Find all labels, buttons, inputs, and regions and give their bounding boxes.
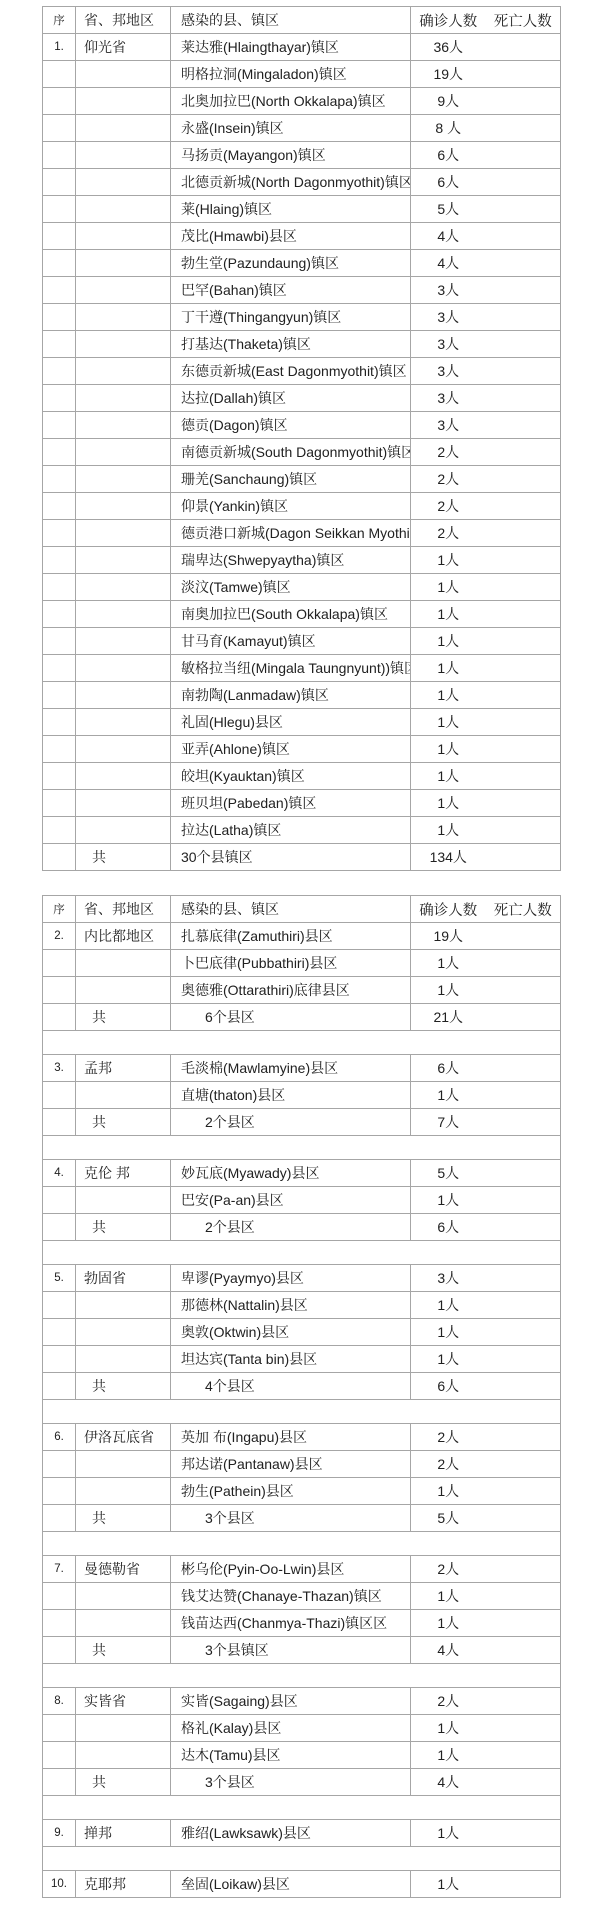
seq-cell: 4. [43,1160,76,1187]
region-cell [76,547,171,574]
seq-cell [43,950,76,977]
separator-row [43,1796,561,1820]
seq-cell: 6. [43,1424,76,1451]
table-row: 拉达(Latha)镇区1人 [43,817,561,844]
township-cell: 彬乌伦(Pyin-Oo-Lwin)县区 [171,1556,411,1583]
table-row: 钱苗达西(Chanmya-Thazi)镇区区1人 [43,1610,561,1637]
seq-cell [43,412,76,439]
numbers-cell: 6人 [411,142,561,169]
confirmed-value: 3人 [411,307,486,327]
township-cell: 仰景(Yankin)镇区 [171,493,411,520]
numbers-cell: 2人 [411,1451,561,1478]
region-cell [76,601,171,628]
seq-cell [43,1214,76,1241]
region-cell: 克伦 邦 [76,1160,171,1187]
confirmed-value: 1人 [411,1586,486,1606]
township-cell: 直塘(thaton)县区 [171,1082,411,1109]
seq-cell [43,1187,76,1214]
numbers-cell: 6人 [411,1373,561,1400]
total-row: 共3个县区5人 [43,1505,561,1532]
region-cell: 伊洛瓦底省 [76,1424,171,1451]
table-row: 亚弄(Ahlone)镇区1人 [43,736,561,763]
separator-cell [43,1031,561,1055]
township-cell: 南勃陶(Lanmadaw)镇区 [171,682,411,709]
seq-cell [43,250,76,277]
township-cell: 甘马育(Kamayut)镇区 [171,628,411,655]
region-cell: 内比都地区 [76,923,171,950]
table-row: 打基达(Thaketa)镇区3人 [43,331,561,358]
numbers-cell: 5人 [411,1160,561,1187]
township-cell: 卜巴底律(Pubbathiri)县区 [171,950,411,977]
numbers-cell: 3人 [411,1265,561,1292]
seq-cell [43,493,76,520]
numbers-cell: 1人 [411,1742,561,1769]
table-row: 那德林(Nattalin)县区1人 [43,1292,561,1319]
region-cell [76,277,171,304]
numbers-cell: 3人 [411,385,561,412]
numbers-cell: 1人 [411,1292,561,1319]
township-cell: 实皆(Sagaing)县区 [171,1688,411,1715]
seq-cell: 10. [43,1871,76,1898]
township-cell: 卑谬(Pyaymyo)县区 [171,1265,411,1292]
numbers-cell: 5人 [411,196,561,223]
region-cell [76,628,171,655]
township-cell: 敏格拉当纽(Mingala Taungnyunt))镇区 [171,655,411,682]
township-cell: 勃生堂(Pazundaung)镇区 [171,250,411,277]
region-cell [76,1715,171,1742]
region-cell [76,466,171,493]
confirmed-value: 4人 [411,253,486,273]
region-cell [76,1292,171,1319]
total-row: 共30个县镇区134人 [43,844,561,871]
region-cell: 曼德勒省 [76,1556,171,1583]
township-cell: 礼固(Hlegu)县区 [171,709,411,736]
table-row: 永盛(Insein)镇区8 人 [43,115,561,142]
total-label: 共 [76,1505,171,1532]
seq-cell [43,1742,76,1769]
numbers-cell: 6人 [411,1214,561,1241]
table-row: 4.克伦 邦妙瓦底(Myawady)县区5人 [43,1160,561,1187]
confirmed-value: 1人 [411,1295,486,1315]
confirmed-value: 3人 [411,334,486,354]
table-row: 奥德雅(Ottarathiri)底律县区1人 [43,977,561,1004]
numbers-cell: 2人 [411,520,561,547]
header-confirmed: 确诊人数 [411,899,486,920]
table-gap [0,871,600,895]
confirmed-value: 2人 [411,442,486,462]
confirmed-value: 4人 [411,226,486,246]
numbers-cell: 4人 [411,1637,561,1664]
confirmed-total: 134人 [411,847,486,867]
numbers-cell: 1人 [411,1871,561,1898]
total-label: 共 [76,1214,171,1241]
confirmed-total: 5人 [411,1508,486,1528]
numbers-cell: 21人 [411,1004,561,1031]
numbers-cell: 4人 [411,223,561,250]
separator-row [43,1847,561,1871]
seq-cell [43,844,76,871]
table-row: 瑞卑达(Shwepyaytha)镇区1人 [43,547,561,574]
table-row: 坦达宾(Tanta bin)县区1人 [43,1346,561,1373]
separator-cell [43,1532,561,1556]
region-cell [76,950,171,977]
numbers-cell: 1人 [411,1715,561,1742]
numbers-cell: 3人 [411,304,561,331]
seq-cell [43,385,76,412]
separator-row [43,1664,561,1688]
numbers-cell: 1人 [411,1187,561,1214]
confirmed-value: 3人 [411,415,486,435]
header-numbers: 确诊人数死亡人数 [411,7,561,34]
region-table-2: 序省、邦地区感染的县、镇区确诊人数死亡人数2.内比都地区扎慕底律(Zamuthi… [42,895,561,1898]
confirmed-value: 19人 [411,64,486,84]
township-cell: 拉达(Latha)镇区 [171,817,411,844]
table-row: 10.克耶邦垒固(Loikaw)县区1人 [43,1871,561,1898]
township-cell: 明格拉洞(Mingaladon)镇区 [171,61,411,88]
seq-cell [43,1082,76,1109]
seq-cell [43,277,76,304]
region-cell [76,439,171,466]
township-cell: 丁干遵(Thingangyun)镇区 [171,304,411,331]
region-cell [76,358,171,385]
header-township: 感染的县、镇区 [171,896,411,923]
seq-cell: 5. [43,1265,76,1292]
confirmed-value: 1人 [411,604,486,624]
table-row: 勃生(Pathein)县区1人 [43,1478,561,1505]
seq-cell [43,1004,76,1031]
total-label: 共 [76,1637,171,1664]
region-cell: 勃固省 [76,1265,171,1292]
region-cell [76,250,171,277]
numbers-cell: 1人 [411,1319,561,1346]
numbers-cell: 3人 [411,358,561,385]
numbers-cell: 1人 [411,601,561,628]
confirmed-total: 6人 [411,1217,486,1237]
region-cell [76,61,171,88]
table-row: 南奥加拉巴(South Okkalapa)镇区1人 [43,601,561,628]
confirmed-value: 1人 [411,1874,486,1894]
numbers-cell: 1人 [411,574,561,601]
table-row: 德贡(Dagon)镇区3人 [43,412,561,439]
total-township: 2个县区 [171,1109,411,1136]
confirmed-value: 1人 [411,1085,486,1105]
table-row: 莱(Hlaing)镇区5人 [43,196,561,223]
total-row: 共3个县区4人 [43,1769,561,1796]
township-cell: 德贡(Dagon)镇区 [171,412,411,439]
table-row: 5.勃固省卑谬(Pyaymyo)县区3人 [43,1265,561,1292]
total-township: 6个县区 [171,1004,411,1031]
confirmed-value: 2人 [411,1454,486,1474]
numbers-cell: 1人 [411,1820,561,1847]
confirmed-value: 1人 [411,1718,486,1738]
confirmed-value: 19人 [411,926,486,946]
seq-cell [43,1319,76,1346]
confirmed-value: 1人 [411,712,486,732]
confirmed-value: 9人 [411,91,486,111]
seq-cell [43,1346,76,1373]
confirmed-total: 4人 [411,1772,486,1792]
confirmed-value: 1人 [411,766,486,786]
table-row: 北奥加拉巴(North Okkalapa)镇区9人 [43,88,561,115]
table-row: 卜巴底律(Pubbathiri)县区1人 [43,950,561,977]
header-row: 序省、邦地区感染的县、镇区确诊人数死亡人数 [43,896,561,923]
header-row: 序省、邦地区感染的县、镇区确诊人数死亡人数 [43,7,561,34]
township-cell: 德贡港口新城(Dagon Seikkan Myothit)镇区 [171,520,411,547]
township-cell: 妙瓦底(Myawady)县区 [171,1160,411,1187]
confirmed-value: 1人 [411,631,486,651]
region-cell [76,196,171,223]
numbers-cell: 36人 [411,34,561,61]
table-row: 珊羌(Sanchaung)镇区2人 [43,466,561,493]
township-cell: 打基达(Thaketa)镇区 [171,331,411,358]
seq-cell [43,790,76,817]
confirmed-value: 2人 [411,523,486,543]
region-cell [76,88,171,115]
region-cell [76,142,171,169]
seq-cell: 3. [43,1055,76,1082]
confirmed-value: 1人 [411,1613,486,1633]
numbers-cell: 1人 [411,763,561,790]
township-cell: 班贝坦(Pabedan)镇区 [171,790,411,817]
seq-cell [43,1637,76,1664]
seq-cell [43,1715,76,1742]
table-row: 茂比(Hmawbi)县区4人 [43,223,561,250]
numbers-cell: 1人 [411,790,561,817]
region-cell [76,385,171,412]
numbers-cell: 2人 [411,1688,561,1715]
region-cell [76,1610,171,1637]
total-label: 共 [76,1373,171,1400]
confirmed-total: 21人 [411,1007,486,1027]
township-cell: 达木(Tamu)县区 [171,1742,411,1769]
township-cell: 北奥加拉巴(North Okkalapa)镇区 [171,88,411,115]
header-deaths: 死亡人数 [486,899,561,920]
region-cell: 仰光省 [76,34,171,61]
region-cell [76,977,171,1004]
confirmed-value: 1人 [411,793,486,813]
confirmed-value: 3人 [411,388,486,408]
township-cell: 巴罕(Bahan)镇区 [171,277,411,304]
numbers-cell: 1人 [411,1082,561,1109]
numbers-cell: 4人 [411,250,561,277]
confirmed-value: 1人 [411,658,486,678]
table-row: 南勃陶(Lanmadaw)镇区1人 [43,682,561,709]
seq-cell: 2. [43,923,76,950]
table-row: 马扬贡(Mayangon)镇区6人 [43,142,561,169]
confirmed-value: 1人 [411,577,486,597]
township-cell: 奥德雅(Ottarathiri)底律县区 [171,977,411,1004]
seq-cell [43,196,76,223]
total-row: 共2个县区6人 [43,1214,561,1241]
table-row: 北德贡新城(North Dagonmyothit)镇区6人 [43,169,561,196]
separator-row [43,1241,561,1265]
township-cell: 永盛(Insein)镇区 [171,115,411,142]
confirmed-value: 8 人 [411,118,486,138]
township-cell: 瑞卑达(Shwepyaytha)镇区 [171,547,411,574]
confirmed-value: 1人 [411,980,486,1000]
numbers-cell: 1人 [411,950,561,977]
township-cell: 邦达诺(Pantanaw)县区 [171,1451,411,1478]
confirmed-value: 1人 [411,820,486,840]
numbers-cell: 5人 [411,1505,561,1532]
region-cell: 克耶邦 [76,1871,171,1898]
header-numbers: 确诊人数死亡人数 [411,896,561,923]
seq-cell [43,142,76,169]
total-township: 3个县区 [171,1505,411,1532]
region-cell [76,223,171,250]
seq-cell [43,736,76,763]
region-cell [76,115,171,142]
separator-cell [43,1400,561,1424]
numbers-cell: 6人 [411,169,561,196]
region-cell [76,709,171,736]
numbers-cell: 1人 [411,682,561,709]
region-cell [76,763,171,790]
region-cell [76,1319,171,1346]
region-cell [76,304,171,331]
numbers-cell: 1人 [411,977,561,1004]
numbers-cell: 1人 [411,709,561,736]
confirmed-value: 1人 [411,1745,486,1765]
township-cell: 扎慕底律(Zamuthiri)县区 [171,923,411,950]
region-cell [76,1478,171,1505]
confirmed-value: 1人 [411,685,486,705]
table-row: 丁干遵(Thingangyun)镇区3人 [43,304,561,331]
confirmed-value: 2人 [411,1691,486,1711]
region-cell [76,817,171,844]
seq-cell [43,547,76,574]
seq-cell [43,1610,76,1637]
header-region: 省、邦地区 [76,7,171,34]
township-cell: 钱苗达西(Chanmya-Thazi)镇区区 [171,1610,411,1637]
table-row: 仰景(Yankin)镇区2人 [43,493,561,520]
township-cell: 那德林(Nattalin)县区 [171,1292,411,1319]
confirmed-value: 1人 [411,550,486,570]
seq-cell [43,358,76,385]
township-cell: 南奥加拉巴(South Okkalapa)镇区 [171,601,411,628]
confirmed-total: 6人 [411,1376,486,1396]
separator-cell [43,1241,561,1265]
confirmed-value: 5人 [411,199,486,219]
township-cell: 珊羌(Sanchaung)镇区 [171,466,411,493]
table-row: 敏格拉当纽(Mingala Taungnyunt))镇区1人 [43,655,561,682]
confirmed-value: 1人 [411,1349,486,1369]
confirmed-value: 2人 [411,469,486,489]
confirmed-total: 7人 [411,1112,486,1132]
region-cell [76,493,171,520]
total-township: 3个县区 [171,1769,411,1796]
table-row: 6.伊洛瓦底省英加 布(Ingapu)县区2人 [43,1424,561,1451]
region-cell [76,169,171,196]
separator-row [43,1031,561,1055]
total-township: 30个县镇区 [171,844,411,871]
table-row: 明格拉洞(Mingaladon)镇区19人 [43,61,561,88]
seq-cell [43,977,76,1004]
tables-container: 序省、邦地区感染的县、镇区确诊人数死亡人数1.仰光省莱达雅(Hlaingthay… [0,6,600,1898]
seq-cell [43,466,76,493]
township-cell: 英加 布(Ingapu)县区 [171,1424,411,1451]
seq-cell: 7. [43,1556,76,1583]
township-cell: 坦达宾(Tanta bin)县区 [171,1346,411,1373]
region-cell: 实皆省 [76,1688,171,1715]
confirmed-value: 3人 [411,361,486,381]
table-row: 3.孟邦毛淡棉(Mawlamyine)县区6人 [43,1055,561,1082]
seq-cell [43,88,76,115]
seq-cell: 8. [43,1688,76,1715]
township-cell: 南德贡新城(South Dagonmyothit)镇区 [171,439,411,466]
confirmed-value: 3人 [411,280,486,300]
numbers-cell: 6人 [411,1055,561,1082]
seq-cell [43,709,76,736]
numbers-cell: 1人 [411,547,561,574]
numbers-cell: 1人 [411,1583,561,1610]
township-cell: 钱艾达赞(Chanaye-Thazan)镇区 [171,1583,411,1610]
table-row: 邦达诺(Pantanaw)县区2人 [43,1451,561,1478]
document-page: 序省、邦地区感染的县、镇区确诊人数死亡人数1.仰光省莱达雅(Hlaingthay… [0,0,600,1906]
region-cell [76,574,171,601]
seq-cell [43,1373,76,1400]
table-row: 淡汶(Tamwe)镇区1人 [43,574,561,601]
township-cell: 茂比(Hmawbi)县区 [171,223,411,250]
township-cell: 马扬贡(Mayangon)镇区 [171,142,411,169]
seq-cell [43,115,76,142]
township-cell: 淡汶(Tamwe)镇区 [171,574,411,601]
confirmed-value: 1人 [411,739,486,759]
confirmed-value: 2人 [411,496,486,516]
confirmed-value: 1人 [411,953,486,973]
region-cell [76,736,171,763]
table-row: 班贝坦(Pabedan)镇区1人 [43,790,561,817]
numbers-cell: 1人 [411,817,561,844]
seq-cell [43,223,76,250]
township-cell: 达拉(Dallah)镇区 [171,385,411,412]
table-row: 德贡港口新城(Dagon Seikkan Myothit)镇区2人 [43,520,561,547]
township-cell: 毛淡棉(Mawlamyine)县区 [171,1055,411,1082]
numbers-cell: 1人 [411,628,561,655]
township-cell: 勃生(Pathein)县区 [171,1478,411,1505]
seq-cell [43,1505,76,1532]
confirmed-value: 1人 [411,1481,486,1501]
seq-cell: 1. [43,34,76,61]
numbers-cell: 2人 [411,439,561,466]
total-township: 4个县区 [171,1373,411,1400]
region-cell [76,1583,171,1610]
separator-row [43,1136,561,1160]
numbers-cell: 3人 [411,412,561,439]
confirmed-value: 6人 [411,145,486,165]
separator-cell [43,1847,561,1871]
header-deaths: 死亡人数 [486,10,561,31]
seq-cell: 9. [43,1820,76,1847]
table-row: 东德贡新城(East Dagonmyothit)镇区3人 [43,358,561,385]
numbers-cell: 134人 [411,844,561,871]
numbers-cell: 3人 [411,331,561,358]
table-row: 礼固(Hlegu)县区1人 [43,709,561,736]
seq-cell [43,763,76,790]
township-cell: 北德贡新城(North Dagonmyothit)镇区 [171,169,411,196]
numbers-cell: 8 人 [411,115,561,142]
total-row: 共3个县镇区4人 [43,1637,561,1664]
confirmed-value: 1人 [411,1190,486,1210]
confirmed-value: 6人 [411,1058,486,1078]
seq-cell [43,601,76,628]
seq-cell [43,628,76,655]
numbers-cell: 1人 [411,736,561,763]
table-row: 直塘(thaton)县区1人 [43,1082,561,1109]
table-row: 勃生堂(Pazundaung)镇区4人 [43,250,561,277]
table-row: 巴安(Pa-an)县区1人 [43,1187,561,1214]
region-cell [76,1742,171,1769]
